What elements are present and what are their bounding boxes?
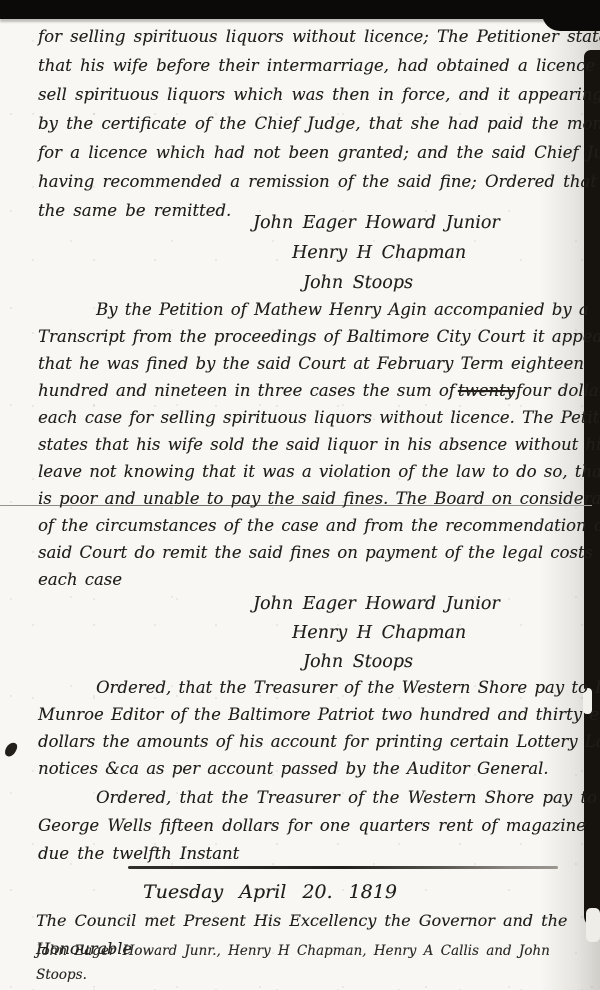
signature-block: John Eager Howard Junior Henry H Chapman…: [0, 590, 600, 677]
manuscript-line: leave not knowing that it was a violatio…: [38, 458, 594, 485]
paragraph-order-isaac-munroe: Ordered, that the Treasurer of the Weste…: [38, 674, 594, 782]
signature-line: John Stoops: [303, 648, 600, 677]
manuscript-line: due the twelfth Instant: [38, 840, 594, 868]
manuscript-line-with-strike: hundred and nineteen in three cases the …: [38, 377, 594, 404]
paragraph-petition-mathew-henry: By the Petition of Mathew Henry Agin acc…: [38, 296, 594, 593]
paragraph-petition-remission: for selling spirituous liquors without l…: [38, 22, 594, 225]
manuscript-line: said Court do remit the said fines on pa…: [38, 539, 594, 566]
manuscript-line: for a licence which had not been granted…: [38, 138, 594, 167]
manuscript-line: dollars the amounts of his account for p…: [38, 728, 594, 755]
manuscript-line: each case: [38, 566, 594, 593]
scan-top-edge: [0, 0, 600, 19]
manuscript-line: that his wife before their intermarriage…: [38, 51, 594, 80]
ink-blot: [3, 741, 19, 759]
manuscript-line: each case for selling spirituous liquors…: [38, 404, 594, 431]
manuscript-line: sell spirituous liquors which was then i…: [38, 80, 594, 109]
manuscript-line: notices &ca as per account passed by the…: [38, 755, 594, 782]
line-text: hundred and nineteen in three cases the …: [38, 381, 455, 400]
signature-line: John Eager Howard Junior: [253, 208, 600, 238]
signature-line: John Eager Howard Junior: [253, 590, 600, 619]
signature-block: John Eager Howard Junior Henry H Chapman…: [0, 208, 600, 298]
council-met-line: The Council met Present His Excellency t…: [36, 907, 600, 935]
paragraph-order-george-wells: Ordered, that the Treasurer of the Weste…: [38, 784, 594, 868]
manuscript-line: Ordered, that the Treasurer of the Weste…: [38, 674, 594, 701]
section-divider-rule: [128, 866, 558, 869]
manuscript-scan-page: { "colors": { "ink": "#211e1a", "paper":…: [0, 0, 600, 990]
manuscript-line: of the circumstances of the case and fro…: [38, 512, 594, 539]
council-present-line: John Eager Howard Junr., Henry H Chapman…: [36, 939, 600, 963]
strikethrough-word: twenty: [458, 377, 515, 404]
manuscript-line: Ordered, that the Treasurer of the Weste…: [38, 784, 594, 812]
manuscript-line: that he was fined by the said Court at F…: [38, 350, 594, 377]
signature-line: John Stoops: [303, 268, 600, 298]
signature-line: Henry H Chapman: [292, 619, 600, 648]
manuscript-line: having recommended a remission of the sa…: [38, 167, 594, 196]
manuscript-line: states that his wife sold the said liquo…: [38, 431, 594, 458]
manuscript-line: for selling spirituous liquors without l…: [38, 22, 594, 51]
manuscript-line: George Wells fifteen dollars for one qua…: [38, 812, 594, 840]
manuscript-line: Munroe Editor of the Baltimore Patriot t…: [38, 701, 594, 728]
session-date-heading: Tuesday April 20. 1819: [143, 878, 397, 906]
manuscript-line: by the certificate of the Chief Judge, t…: [38, 109, 594, 138]
signature-line: Henry H Chapman: [292, 238, 600, 268]
manuscript-line: Transcript from the proceedings of Balti…: [38, 323, 594, 350]
manuscript-line: is poor and unable to pay the said fines…: [38, 485, 594, 512]
line-text: four dollars in: [516, 381, 600, 400]
manuscript-line: By the Petition of Mathew Henry Agin acc…: [38, 296, 594, 323]
